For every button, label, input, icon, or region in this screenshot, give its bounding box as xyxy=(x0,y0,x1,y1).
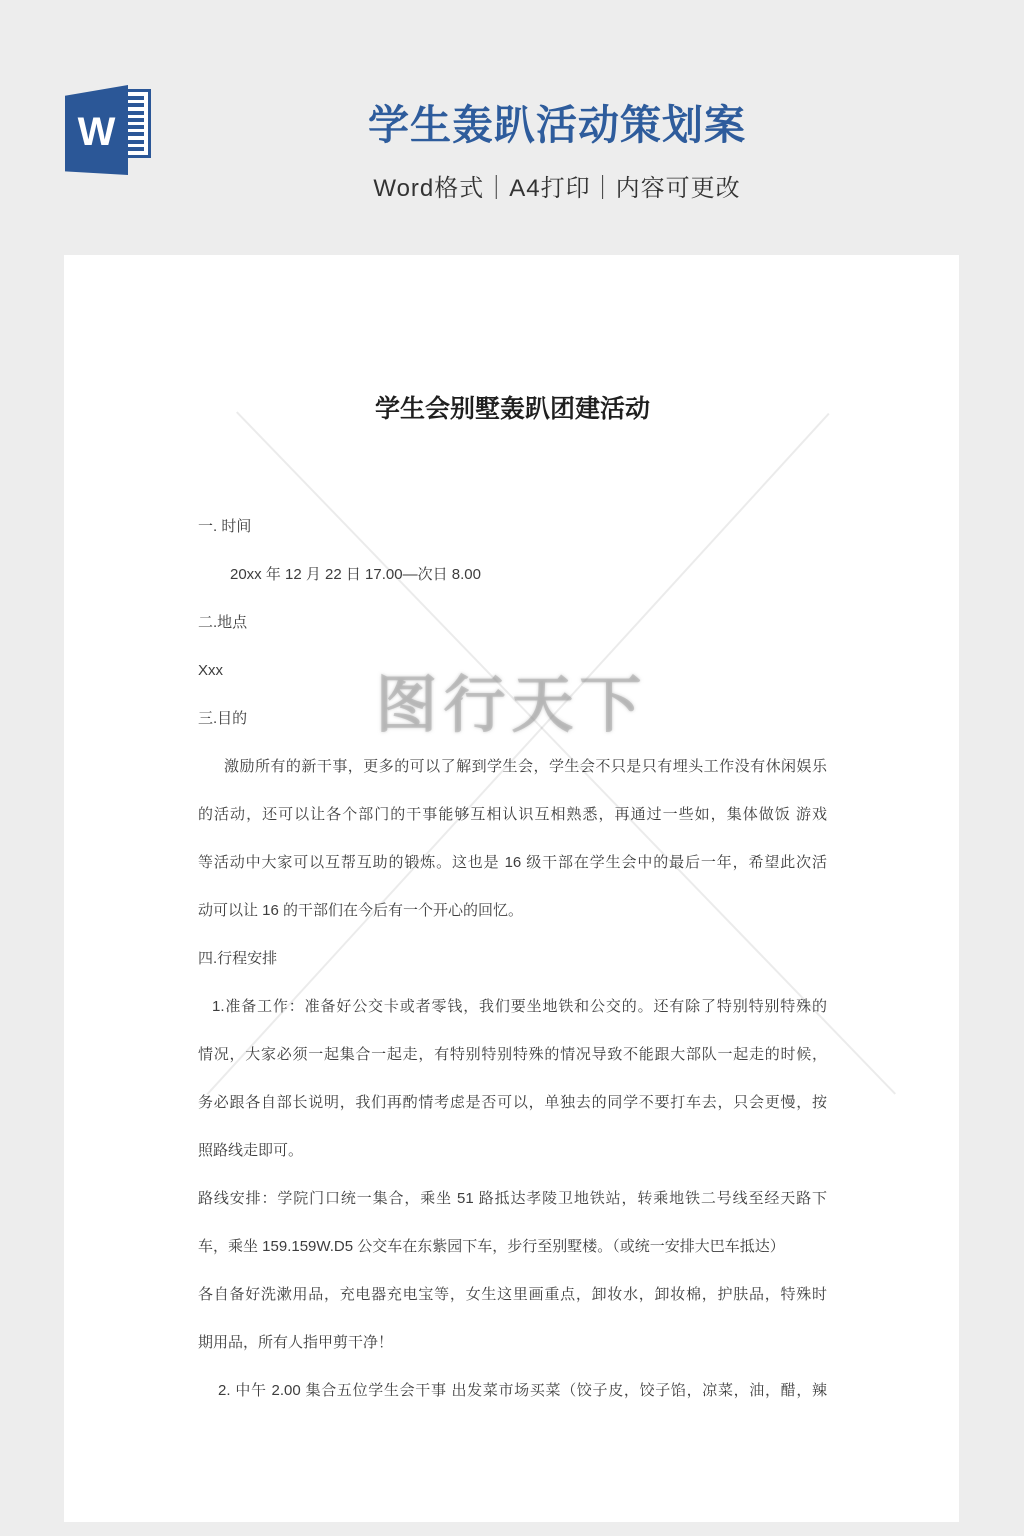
template-preview-canvas: W 学生轰趴活动策划案 Word格式｜A4打印｜内容可更改 图行天下 学生会别墅… xyxy=(0,0,1024,1536)
doc-line: 激励所有的新干事，更多的可以了解到学生会，学生会不只是只有埋头工作没有休闲娱乐 xyxy=(198,743,827,791)
document-title: 学生会别墅轰趴团建活动 xyxy=(198,391,827,427)
doc-line: 情况，大家必须一起集合一起走，有特别特别特殊的情况导致不能跟大部队一起走的时候， xyxy=(198,1031,827,1079)
doc-line: 二.地点 xyxy=(198,599,827,647)
document-page: 图行天下 学生会别墅轰趴团建活动 一. 时间 20xx 年 12 月 22 日 … xyxy=(64,255,959,1522)
template-title: 学生轰趴活动策划案 xyxy=(90,92,1024,151)
header-text-block: 学生轰趴活动策划案 Word格式｜A4打印｜内容可更改 xyxy=(90,0,1024,203)
doc-line: 一. 时间 xyxy=(198,503,827,551)
template-subtitle: Word格式｜A4打印｜内容可更改 xyxy=(90,168,1024,203)
doc-line: 路线安排：学院门口统一集合，乘坐 51 路抵达孝陵卫地铁站，转乘地铁二号线至经天… xyxy=(198,1175,827,1223)
doc-line: 期用品，所有人指甲剪干净！ xyxy=(198,1319,827,1367)
doc-line: 的活动，还可以让各个部门的干事能够互相认识互相熟悉，再通过一些如，集体做饭 游戏 xyxy=(198,791,827,839)
doc-line: 等活动中大家可以互帮互助的锻炼。这也是 16 级干部在学生会中的最后一年，希望此… xyxy=(198,839,827,887)
doc-line: 务必跟各自部长说明，我们再酌情考虑是否可以，单独去的同学不要打车去，只会更慢，按 xyxy=(198,1079,827,1127)
doc-line: 1.准备工作：准备好公交卡或者零钱，我们要坐地铁和公交的。还有除了特别特别特殊的 xyxy=(198,983,827,1031)
doc-line: 四.行程安排 xyxy=(198,935,827,983)
doc-line: 各自备好洗漱用品，充电器充电宝等，女生这里画重点，卸妆水，卸妆棉，护肤品，特殊时 xyxy=(198,1271,827,1319)
document-body: 一. 时间 20xx 年 12 月 22 日 17.00—次日 8.00 二.地… xyxy=(198,503,827,1415)
doc-line: 20xx 年 12 月 22 日 17.00—次日 8.00 xyxy=(198,551,827,599)
doc-line: 动可以让 16 的干部们在今后有一个开心的回忆。 xyxy=(198,887,827,935)
doc-line: Xxx xyxy=(198,647,827,695)
preview-header: W 学生轰趴活动策划案 Word格式｜A4打印｜内容可更改 xyxy=(0,0,1024,255)
doc-line: 照路线走即可。 xyxy=(198,1127,827,1175)
doc-line: 车，乘坐 159.159W.D5 公交车在东紫园下车，步行至别墅楼。（或统一安排… xyxy=(198,1223,827,1271)
doc-line: 三.目的 xyxy=(198,695,827,743)
doc-line: 2. 中午 2.00 集合五位学生会干事 出发菜市场买菜（饺子皮，饺子馅，凉菜，… xyxy=(198,1367,827,1415)
